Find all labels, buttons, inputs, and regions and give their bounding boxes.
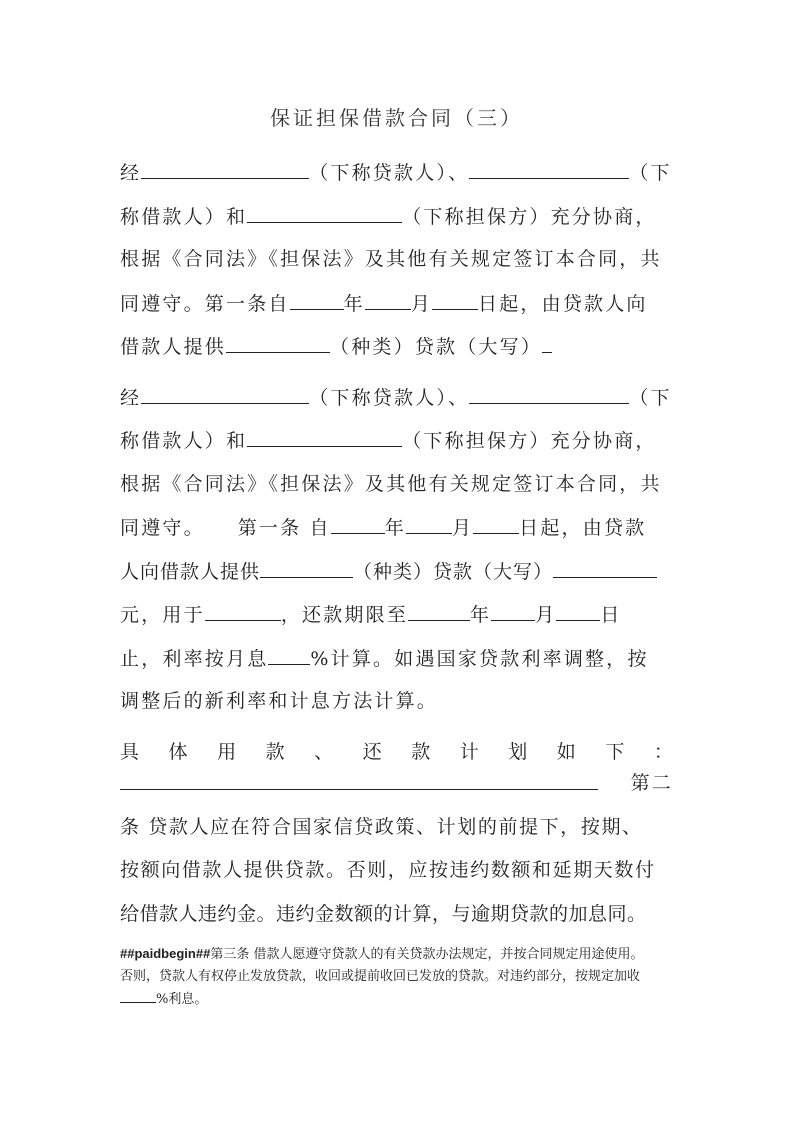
para3-line5: 给借款人违约金。违约金数额的计算，与逾期贷款的加息同。 xyxy=(120,902,673,926)
lender-blank[interactable] xyxy=(141,385,309,404)
text: 经 xyxy=(120,162,141,184)
repay-day-blank[interactable] xyxy=(556,602,600,621)
text: 、 xyxy=(314,740,333,764)
purpose-blank[interactable] xyxy=(205,602,281,621)
para3-line2: 第二 xyxy=(120,771,673,796)
guarantor-blank[interactable] xyxy=(247,428,402,447)
penalty-rate-blank[interactable] xyxy=(120,988,156,1003)
text: 划 xyxy=(508,740,527,764)
para2-line7: 止，利率按月息%计算。如遇国家贷款利率调整，按 xyxy=(120,646,673,671)
para3-line1: 具 体 用 款 、 还 款 计 划 如 下 ： xyxy=(120,740,673,764)
text: 止，利率按月息 xyxy=(120,648,268,670)
para2-line4: 同遵守。 第一条 自年月日起，由贷款 xyxy=(120,515,673,540)
text: 月 xyxy=(411,293,432,315)
text: 如 xyxy=(557,740,576,764)
paid-marker: ##paidbegin## xyxy=(120,946,210,961)
text: 还 xyxy=(363,740,382,764)
lender-blank[interactable] xyxy=(141,160,309,179)
loan-type-blank[interactable] xyxy=(226,334,330,353)
day-blank[interactable] xyxy=(432,291,478,310)
text: 具 xyxy=(120,740,139,764)
text: 同遵守。第一条自 xyxy=(120,293,290,315)
guarantor-blank[interactable] xyxy=(247,204,402,223)
amount-blank[interactable] xyxy=(542,334,552,353)
para2-line2: 称借款人）和（下称担保方）充分协商， xyxy=(120,428,673,453)
month-blank[interactable] xyxy=(365,291,411,310)
para1-line1: 经（下称贷款人）、（下 xyxy=(120,160,673,185)
repay-month-blank[interactable] xyxy=(491,602,535,621)
interest-rate-blank[interactable] xyxy=(268,646,310,665)
para1-line5: 借款人提供（种类）贷款（大写） xyxy=(120,334,673,359)
text: 称借款人）和 xyxy=(120,430,247,452)
text: 月 xyxy=(535,604,556,626)
year-blank[interactable] xyxy=(290,291,344,310)
text: %计算。如遇国家贷款利率调整，按 xyxy=(310,648,648,670)
text: （下 xyxy=(629,162,671,184)
text: 称借款人）和 xyxy=(120,206,247,228)
text: 日 xyxy=(600,604,621,626)
text: （下称担保方）充分协商， xyxy=(402,206,656,228)
text: %利息。 xyxy=(156,992,207,1007)
text: 款 xyxy=(411,740,430,764)
para3-line4: 按额向借款人提供贷款。否则，应按违约数额和延期天数付 xyxy=(120,858,673,882)
borrower-blank[interactable] xyxy=(469,385,629,404)
text: 年 xyxy=(385,517,406,539)
text: 月 xyxy=(452,517,473,539)
text: 款 xyxy=(266,740,285,764)
text: 年 xyxy=(344,293,365,315)
repay-year-blank[interactable] xyxy=(408,602,470,621)
para3-line3: 条 贷款人应在符合国家信贷政策、计划的前提下，按期、 xyxy=(120,815,673,839)
para2-line6: 元，用于，还款期限至年月日 xyxy=(120,602,673,627)
text: （下称担保方）充分协商， xyxy=(402,430,656,452)
text: 下 xyxy=(605,740,624,764)
text: 年 xyxy=(470,604,491,626)
text: ： xyxy=(654,740,673,764)
para1-line2: 称借款人）和（下称担保方）充分协商， xyxy=(120,204,673,229)
para1-line3: 根据《合同法》《担保法》及其他有关规定签订本合同，共 xyxy=(120,247,673,271)
plan-blank[interactable] xyxy=(120,771,598,790)
text: 计 xyxy=(460,740,479,764)
para1-line4: 同遵守。第一条自年月日起，由贷款人向 xyxy=(120,291,673,316)
loan-type-blank[interactable] xyxy=(260,559,353,578)
day-blank[interactable] xyxy=(473,515,519,534)
para2-line1: 经（下称贷款人）、（下 xyxy=(120,385,673,410)
text: 经 xyxy=(120,387,141,409)
text: （下称贷款人）、 xyxy=(309,387,469,409)
text: 人向借款人提供 xyxy=(120,561,260,583)
text: 体 xyxy=(169,740,188,764)
text: 日起，由贷款人向 xyxy=(478,293,648,315)
text: 用 xyxy=(217,740,236,764)
para4-line1: ##paidbegin##第三条 借款人愿遵守贷款人的有关贷款办法规定，并按合同… xyxy=(120,942,680,966)
text: （种类）贷款（大写） xyxy=(330,336,542,358)
text: 同遵守。 第一条 自 xyxy=(120,517,331,539)
text: ，还款期限至 xyxy=(281,604,408,626)
amount-blank[interactable] xyxy=(553,559,657,578)
text: 第三条 借款人愿遵守贷款人的有关贷款办法规定，并按合同规定用途使用。 xyxy=(210,947,643,962)
text: 元，用于 xyxy=(120,604,205,626)
para4-line2: 否则，贷款人有权停止发放贷款，收回或提前收回已发放的贷款。对违约部分，按规定加收 xyxy=(120,965,680,988)
para2-line8: 调整后的新利率和计息方法计算。 xyxy=(120,689,673,713)
text: （下 xyxy=(629,387,671,409)
document-title: 保证担保借款合同（三） xyxy=(0,102,793,131)
text: （种类）贷款（大写） xyxy=(353,561,553,583)
text: 借款人提供 xyxy=(120,336,226,358)
text: 日起，由贷款 xyxy=(519,517,646,539)
borrower-blank[interactable] xyxy=(469,160,629,179)
para2-line3: 根据《合同法》《担保法》及其他有关规定签订本合同，共 xyxy=(120,472,673,496)
month-blank[interactable] xyxy=(406,515,452,534)
year-blank[interactable] xyxy=(331,515,385,534)
para4-line3: %利息。 xyxy=(120,988,680,1011)
text: 第二 xyxy=(631,771,673,795)
para2-line5: 人向借款人提供（种类）贷款（大写） xyxy=(120,559,673,584)
text: （下称贷款人）、 xyxy=(309,162,469,184)
